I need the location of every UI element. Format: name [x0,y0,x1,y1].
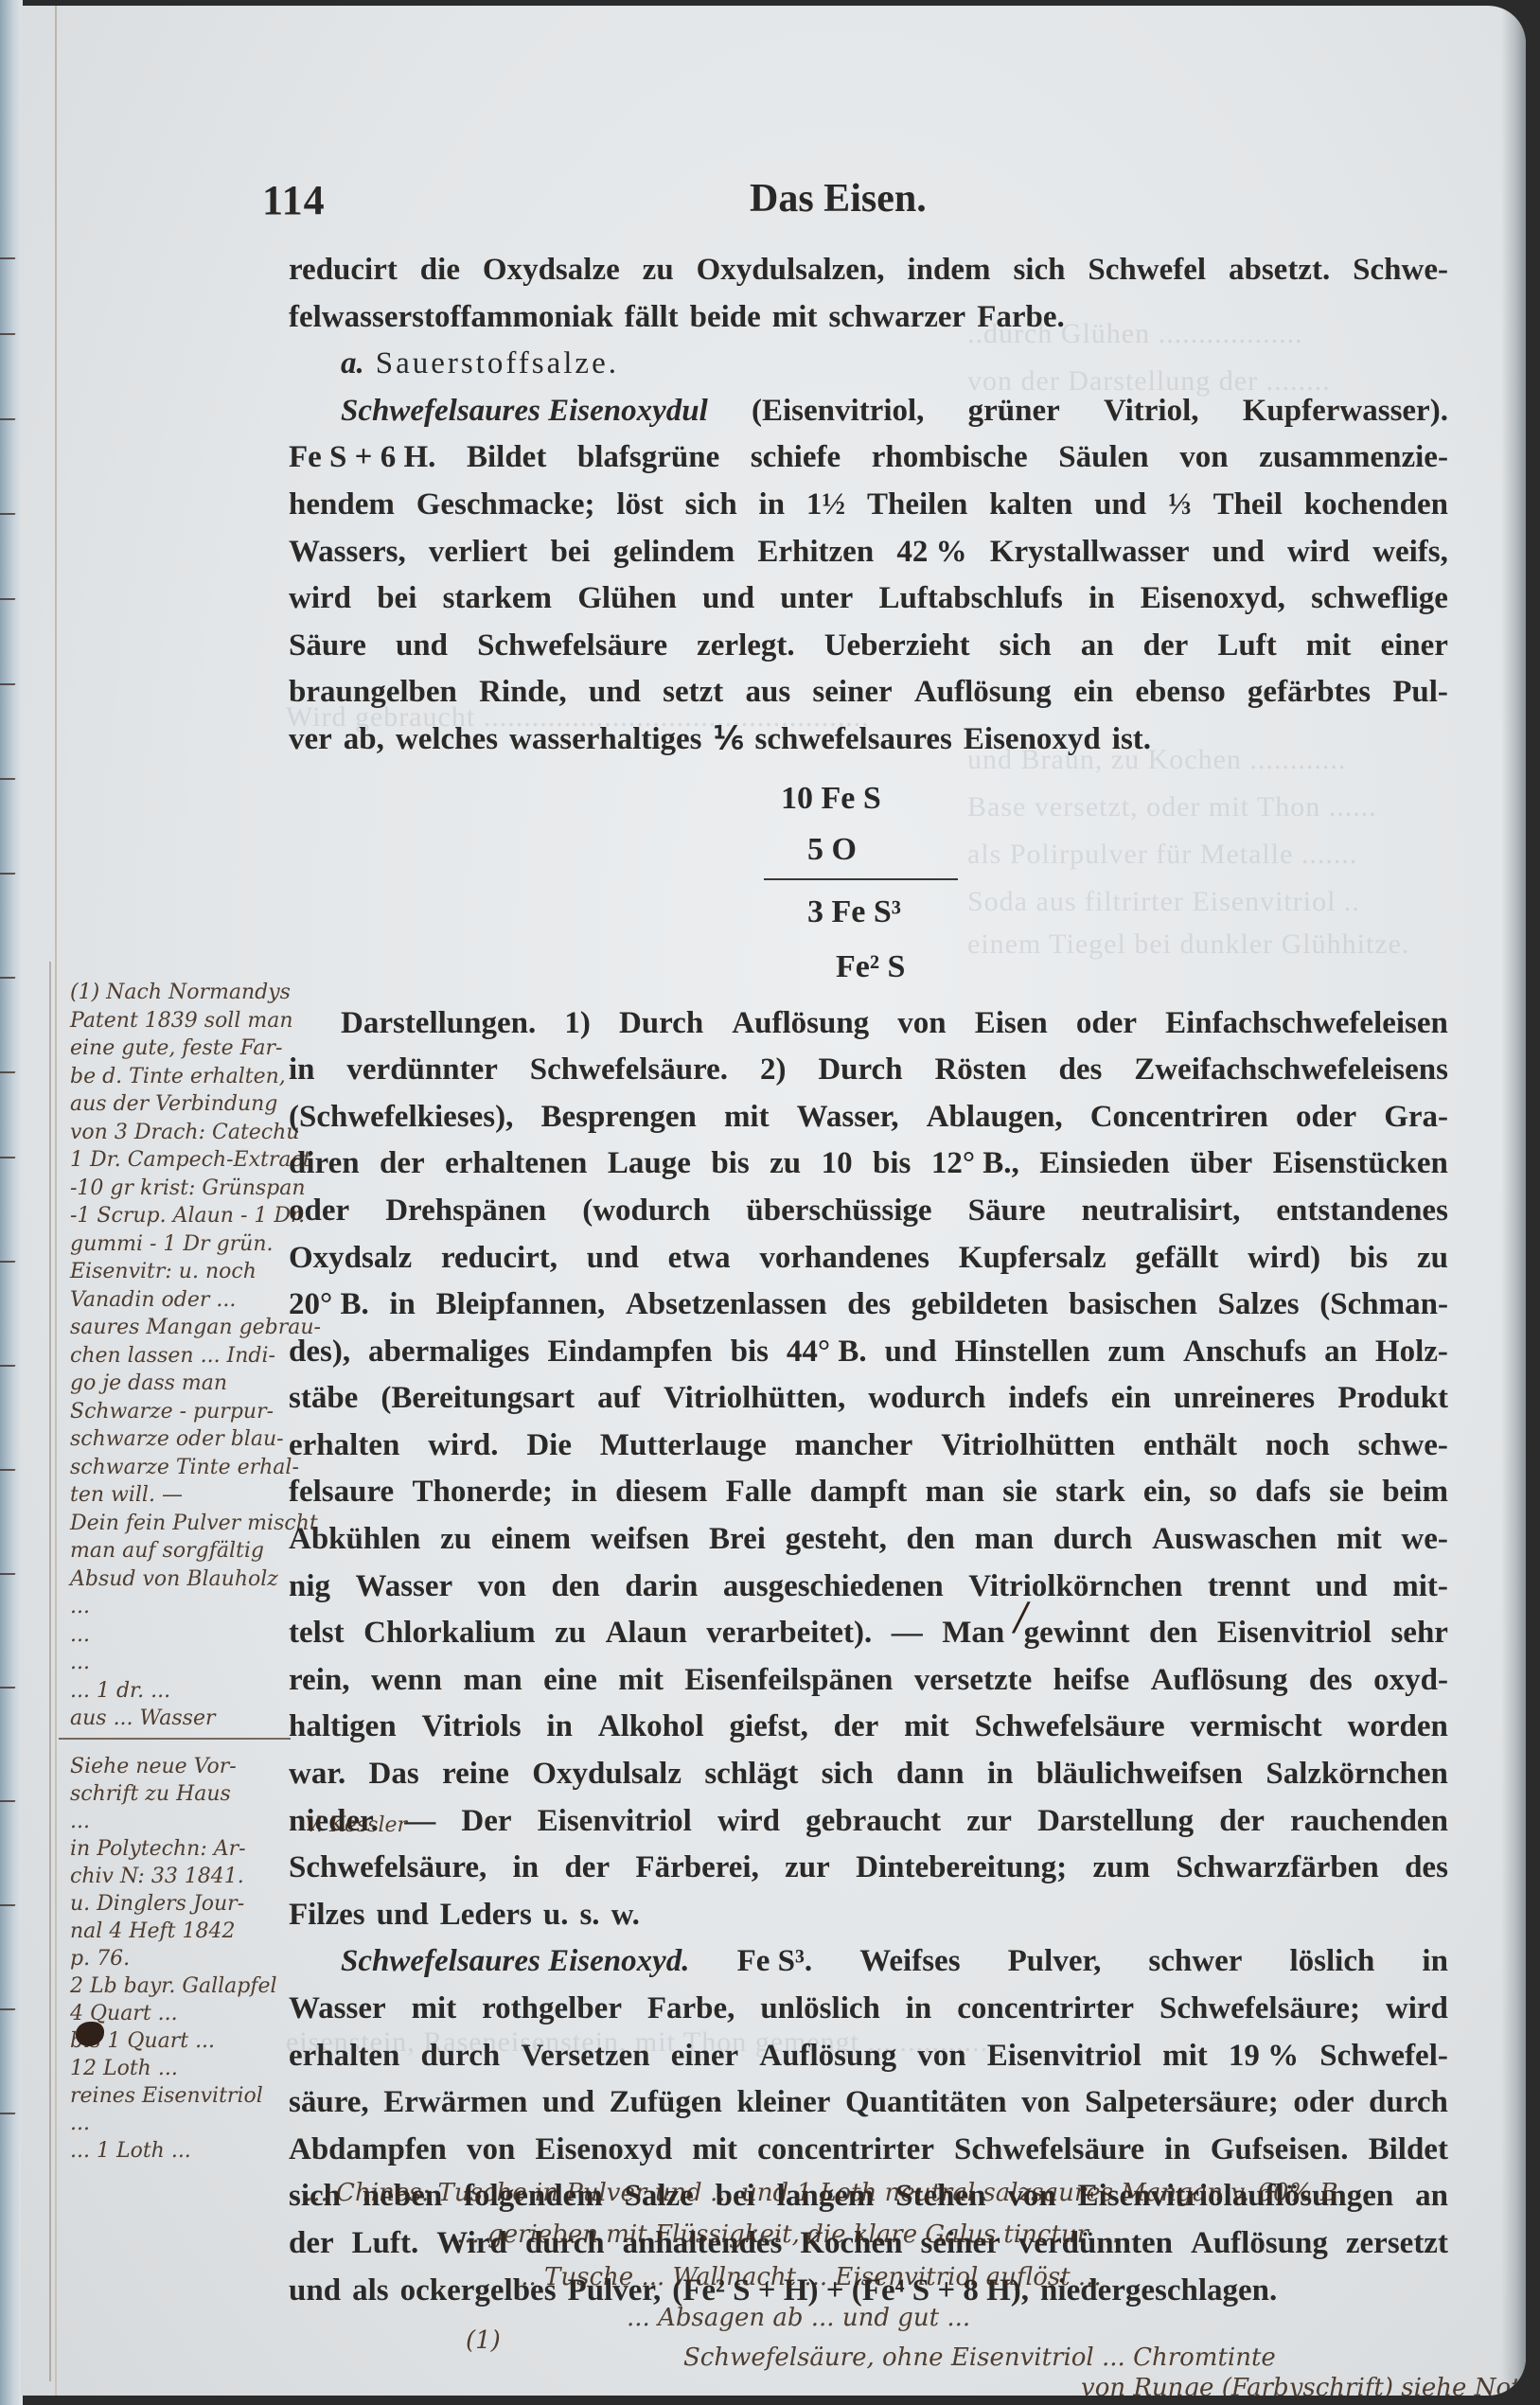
word: wodurch [868,1375,985,1423]
word: Anschufs [1183,1329,1306,1376]
text-line: verab,welcheswasserhaltiges⅙schwefelsaur… [289,716,1448,764]
word: durch [420,2033,500,2080]
text-line: hendemGeschmacke;löstsichin1½Theilenkalt… [289,482,1448,529]
text-line: (Schwefelkieses),BesprengenmitWasser,Abl… [289,1094,1448,1141]
text-line: Oxydsalzreducirt,undetwavorhandenesKupfe… [289,1235,1448,1282]
previous-page-edge [0,0,23,2405]
word: schwefelsaures [755,716,952,764]
word: erhalten [289,1423,399,1470]
word: verliert [429,529,527,576]
word: Quantitäten [845,2079,1007,2127]
word: zu [555,1610,586,1657]
handwritten-corner-note: V. Kessler [305,1813,407,1837]
word: kleiner [736,2079,830,2127]
text-line: Fe S + 6 H.Bildetblafsgrüneschieferhombi… [289,434,1448,482]
word: in [571,1469,597,1516]
word: Vitriol, [1104,388,1199,435]
word: worden [1348,1704,1448,1751]
word: trennt [1208,1564,1290,1611]
word: als [352,2268,389,2315]
handwritten-line: ... Chines: Tusche in Pulver und ... und… [305,2179,1346,2207]
word: u. [543,1892,569,1939]
word: der [380,1141,425,1188]
text-line: 20° B.inBleipfannen,Absetzenlassendesgeb… [289,1282,1448,1329]
text-line: wirdbeistarkemGlühenundunterLuftabschluf… [289,575,1448,623]
handwritten-line: aus der Verbindung [70,1092,277,1116]
handwritten-line: saures Mangan gebrau- [70,1316,321,1339]
word: und [1213,529,1265,576]
word: in [546,1704,573,1751]
handwritten-line: (1) Nach Normandys [70,981,291,1004]
word: etwa [668,1235,731,1282]
word: aus [745,669,790,716]
word: felwasserstoffammoniak [289,294,613,342]
word: unter [780,575,853,623]
word: durch [1053,1516,1133,1564]
word: Leders [440,1892,532,1939]
word: Man [942,1610,1004,1657]
word: Theil [1213,482,1283,529]
word: Schwefelsäure. [530,1047,728,1094]
word: zur [966,1798,1012,1846]
word: mit- [1392,1564,1448,1611]
word: säure, [289,2079,369,2127]
word: (wodurch [582,1188,710,1235]
handwritten-insert-mark: / [1015,1596,1027,1639]
word: zur [785,1845,830,1892]
text-line: SäureundSchwefelsäurezerlegt.Ueberziehts… [289,623,1448,670]
word: erhaltenen [445,1141,587,1188]
word: Krystallwasser [990,529,1190,576]
word: braungelben [289,669,457,716]
word: Schwefelsäure, [289,1845,487,1892]
handwritten-line: Dein fein Pulver mischt [70,1512,318,1535]
word: Vitriols [422,1704,522,1751]
word: und [396,623,448,670]
text-line: Schwefelsaures Eisenoxyd.Fe S³.WeifsesPu… [289,1938,1448,1986]
word: Durch [818,1047,902,1094]
word: Luft. [352,2220,419,2268]
handwritten-line: schrift zu Haus [70,1782,231,1806]
word: (Eisenvitriol, [752,388,924,435]
word: — [404,1798,435,1846]
word: erhalten [289,2033,399,2080]
word: 42 % [896,529,966,576]
handwritten-line: eine gute, feste Far- [70,1036,282,1060]
formula-rule [764,878,958,880]
word: reducirt [289,247,398,294]
word: mit [1162,2033,1208,2080]
word: in [1089,575,1115,623]
word: Säure [289,623,366,670]
word: ausgeschiedenen [723,1564,944,1611]
word: entstandenes [1276,1188,1448,1235]
handwritten-line: Vanadin oder ... [70,1288,236,1312]
word: versetzte [914,1657,1033,1705]
text-line: erhaltendurchVersetzeneinerAuflösungvonE… [289,2033,1448,2080]
word: des [1309,1657,1353,1705]
handwritten-line: ... [70,1623,90,1647]
text-line: reducirtdieOxydsalzezuOxydulsalzen,indem… [289,247,1448,294]
word: an [1415,2173,1448,2220]
reaction-formula: 10 Fe S 5 O 3 Fe S³ Fe² S [289,764,1448,1000]
word: bläulichweifsen [1036,1751,1243,1798]
word: sich [1013,247,1065,294]
word: Kupfersalz [959,1235,1106,1282]
handwritten-line: man auf sorgfältig [70,1539,264,1563]
word: von [478,1564,526,1611]
word: sich [685,482,737,529]
word: 19 % [1229,2033,1299,2080]
word: indefs [1008,1375,1088,1423]
word: löslich [1289,1938,1374,1986]
word: neutralisirt, [1082,1188,1241,1235]
word: Wasser, [797,1094,899,1141]
formula-row-1: 10 Fe S [781,781,881,817]
handwritten-line: chen lassen ... Indi- [70,1344,275,1368]
word: einer [1380,623,1447,670]
word: Concentriren [1090,1094,1268,1141]
word: ebenso [1135,669,1225,716]
handwritten-line: ... Tusche ... Wallnacht ... Eisenvitrio… [513,2263,1102,2291]
word: Falle [726,1469,792,1516]
word: und [702,575,754,623]
word: Thonerde; [413,1469,554,1516]
word: Eisenvitriol [538,1798,692,1846]
word: welches [396,716,498,764]
word: unlöslich [760,1986,880,2033]
word: Pul- [1392,669,1448,716]
text-line: haltigenVitriolsinAlkoholgiefst,dermitSc… [289,1704,1448,1751]
word: die [420,247,460,294]
word: Sauerstoffsalze. [376,341,619,388]
word: Gufseisen. [1211,2127,1349,2174]
word: beide [690,294,761,342]
word: Auflösung [1151,1657,1288,1705]
handwritten-line: von Runge (Farbyschrift) siehe Note p: 4… [1081,2374,1526,2396]
word: Kupferwasser). [1243,388,1448,435]
word: 12° B., [931,1141,1019,1188]
word: Wasser [289,1986,386,2033]
handwritten-line: -1 Scrup. Alaun - 1 Dr. [70,1204,305,1228]
word: Hinstellen [955,1329,1090,1376]
word: der [289,2220,334,2268]
word: weifs, [1372,529,1448,576]
word: Darstellung [1037,1798,1194,1846]
book-page: ..durch Glühen .................. von de… [21,6,1526,2396]
word: Eisenoxyd [964,716,1101,764]
text-line: nieder.—DerEisenvitriolwirdgebrauchtzurD… [289,1798,1448,1846]
word: wasserhaltiges [509,716,701,764]
word: nig [289,1564,330,1611]
word: Auflösung [914,669,1052,716]
word: giefst, [729,1704,807,1751]
word: in [1164,2127,1191,2174]
word: schiefe [751,434,841,482]
word: Bildet [1369,2127,1448,2174]
word: mit [772,294,818,342]
word: Schwefel [1088,247,1206,294]
word: Darstellungen. [341,1000,536,1048]
word: rhombische [872,434,1028,482]
word: sich [822,1751,874,1798]
handwritten-line: ten will. — [70,1483,183,1507]
word: 1) [564,1000,591,1048]
word: Wasser [356,1564,453,1611]
word: der [1219,1798,1265,1846]
handwritten-line: schwarze oder blau- [70,1427,284,1451]
word: zersetzt [1346,2220,1448,2268]
word: man [975,1516,1034,1564]
word: mit [692,2127,737,2174]
word: von [917,2033,965,2080]
word: 1½ [806,482,845,529]
word: Säulen [1058,434,1148,482]
word: unreineres [1174,1375,1315,1423]
handwritten-line: ... [70,1810,90,1833]
text-line: nigWasservondendarinausgeschiedenenVitri… [289,1564,1448,1611]
word: in [1422,1938,1448,1986]
word: Ablaugen, [927,1094,1063,1141]
formula-row-4: Fe² S [836,949,905,985]
handwritten-line: schwarze Tinte erhal- [70,1456,299,1479]
word: Erhitzen [757,529,874,576]
word: Eisenfeilspänen [684,1657,893,1705]
word: sich [1000,623,1052,670]
word: mit [1336,1516,1382,1564]
word: Absetzenlassen [626,1282,827,1329]
word: reine [442,1751,509,1798]
handwritten-line: ... [70,1651,90,1674]
word: dafs [1255,1469,1311,1516]
word: in [389,1282,416,1329]
word: bis [873,1141,911,1188]
word: den [907,1516,955,1564]
word: man [463,1657,522,1705]
word: Der [461,1798,511,1846]
word: oder [1296,1094,1356,1141]
word: und [1094,482,1146,529]
word: Filzes [289,1892,365,1939]
word: dampft [810,1469,908,1516]
word: Einfachschwefeleisen [1165,1000,1448,1048]
word: schwe- [1358,1423,1448,1470]
word: den [1149,1610,1197,1657]
word: Geschmacke; [416,482,595,529]
word: zu [440,1516,471,1564]
text-line: Wassers,verliertbeigelindemErhitzen42 %K… [289,529,1448,576]
word: Auflösung [1191,2220,1328,2268]
handwritten-line: 12 Loth ... [70,2057,178,2080]
word: Mutterlauge [600,1423,767,1470]
word: Vitriolhütten [941,1423,1115,1470]
word: von [1021,2079,1070,2127]
word: der [564,1845,610,1892]
word: der [1143,623,1189,670]
word: Farbe, [647,1986,735,2033]
word: und [1316,1564,1368,1611]
word: Eisen [975,1000,1048,1048]
word: Drehspänen [385,1188,546,1235]
word: ein, [1143,1469,1191,1516]
text-line: braungelbenRinde,undsetztausseinerAuflös… [289,669,1448,716]
word: (Bereitungsart [381,1375,575,1423]
word: ver [289,716,332,764]
word: setzt [663,669,723,716]
word: auf [597,1375,641,1423]
word: einem [491,1516,571,1564]
word: Alkohol [598,1704,704,1751]
word: Pulver, [1008,1938,1102,1986]
word: Salzes [1217,1282,1299,1329]
text-line: a.Sauerstoffsalze. [289,341,1448,388]
word: Lauge [608,1141,691,1188]
word: des [1058,1047,1102,1094]
word: blafsgrüne [577,434,719,482]
word: mit [412,1986,457,2033]
handwritten-line: go je dass man [70,1371,227,1395]
word: ein [1111,1375,1151,1423]
word: Schwefelsaures Eisenoxyd. [341,1938,690,1986]
word: an [1081,623,1114,670]
handwritten-line: u. Dinglers Jour- [70,1892,244,1916]
word: Erwärmen [383,2079,527,2127]
word: bis [1350,1235,1388,1282]
word: sie [1002,1469,1037,1516]
handwritten-line: (1) [466,2326,501,2355]
word: mit [724,1094,770,1141]
word: Ueberzieht [824,623,970,670]
word: Die [526,1423,572,1470]
formula-row-3: 3 Fe S³ [807,894,901,930]
word: ist. [1112,716,1151,764]
word: Chlorkalium [363,1610,536,1657]
word: in [987,1751,1014,1798]
word: diesem [615,1469,707,1516]
text-line: säure,ErwärmenundZufügenkleinerQuantität… [289,2079,1448,2127]
word: von [897,1000,946,1048]
word: Rösten [934,1047,1026,1094]
text-line: erhaltenwird.DieMutterlaugemancherVitrio… [289,1423,1448,1470]
word: (Schman- [1319,1282,1448,1329]
word: concentrirter [957,1986,1134,2033]
word: in [906,1986,932,2033]
word: schweflige [1311,575,1448,623]
word: Färberei, [635,1845,758,1892]
word: Schwefelsäure [954,2127,1144,2174]
text-line: stäbe(BereitungsartaufVitriolhütten,wodu… [289,1375,1448,1423]
running-title: Das Eisen. [750,176,927,221]
word: mit [1306,623,1352,670]
word: oxyd- [1373,1657,1448,1705]
handwritten-line: Schwarze - purpur- [70,1400,274,1424]
text-line: oderDrehspänen(wodurchüberschüssigeSäure… [289,1188,1448,1235]
word: haltigen [289,1704,397,1751]
word: absetzt. [1229,247,1330,294]
word: Wassers, [289,529,406,576]
word: felsaure [289,1469,394,1516]
printed-body-text: reducirtdieOxydsalzezuOxydulsalzen,indem… [289,247,1448,2314]
word: Eisenoxyd [535,2127,672,2174]
word: zum [1092,1845,1150,1892]
word: Eisenstücken [1273,1141,1448,1188]
text-line: des),abermaligesEindampfenbis44° B.undHi… [289,1329,1448,1376]
gutter-line [55,6,57,2396]
handwritten-line: von 3 Drach: Catechu [70,1121,299,1144]
word: eine [543,1657,597,1705]
word: we- [1401,1516,1447,1564]
word: so [1210,1469,1237,1516]
word: ein [1073,669,1113,716]
word: Oxydulsalz [532,1751,681,1798]
word: seiner [812,669,892,716]
word: in [759,482,786,529]
word: a. [341,341,364,388]
margin-rule [49,962,51,2381]
word: Salzkörnchen [1266,1751,1448,1798]
page-number: 114 [262,176,326,224]
word: Schwe- [1353,247,1448,294]
word: der [834,1704,879,1751]
word: Theilen [867,482,967,529]
handwritten-line: -10 gr krist: Grünspan [70,1176,306,1200]
word: grüner [968,388,1060,435]
word: Zweifachschwefeleisens [1134,1047,1448,1094]
handwritten-line: nal 4 Heft 1842 [70,1919,235,1943]
word: Bildet [467,434,546,482]
word: Säure [968,1188,1046,1235]
word: Abdampfen [289,2127,447,2174]
word: — [892,1610,923,1657]
word: Schwarzfärben [1176,1845,1378,1892]
text-line: AbdampfenvonEisenoxydmitconcentrirterSch… [289,2127,1448,2174]
word: wird) [1248,1235,1320,1282]
word: sehr [1390,1610,1448,1657]
word: von [1179,434,1228,482]
word: Gra- [1384,1094,1448,1141]
handwritten-line: Patent 1839 soll man [70,1009,293,1033]
word: einer [671,2033,738,2080]
word: Eisenvitriol [987,2033,1142,2080]
word: zu [1417,1235,1448,1282]
handwritten-line: in Polytechn: Ar- [70,1837,246,1861]
word: Produkt [1337,1375,1448,1423]
word: Eisenvitriol [1217,1610,1372,1657]
handwritten-line: aus ... Wasser [70,1706,215,1730]
word: gefällt [1135,1235,1218,1282]
word: Farbe. [977,294,1065,342]
word: mancher [795,1423,913,1470]
word: gewinnt [1024,1610,1130,1657]
word: Schwefel- [1319,2033,1448,2080]
handwritten-line: 2 Lb bayr. Gallapfel [70,1974,277,1998]
word: zusammenzie- [1259,434,1448,482]
word: und [589,669,641,716]
word: noch [1266,1423,1330,1470]
word: wenn [371,1657,442,1705]
word: zerlegt. [697,623,795,670]
word: zum [1108,1329,1166,1376]
word: Holz- [1375,1329,1448,1376]
word: sie [1329,1469,1364,1516]
word: schwer [1148,1938,1242,1986]
word: Weifses [859,1938,960,1986]
word: abermaliges [368,1329,529,1376]
handwritten-line: ... 1 Loth ... [70,2139,191,2163]
word: man [926,1469,984,1516]
word: ab, [344,716,384,764]
handwritten-line: chiv N: 33 1841. [70,1865,244,1888]
